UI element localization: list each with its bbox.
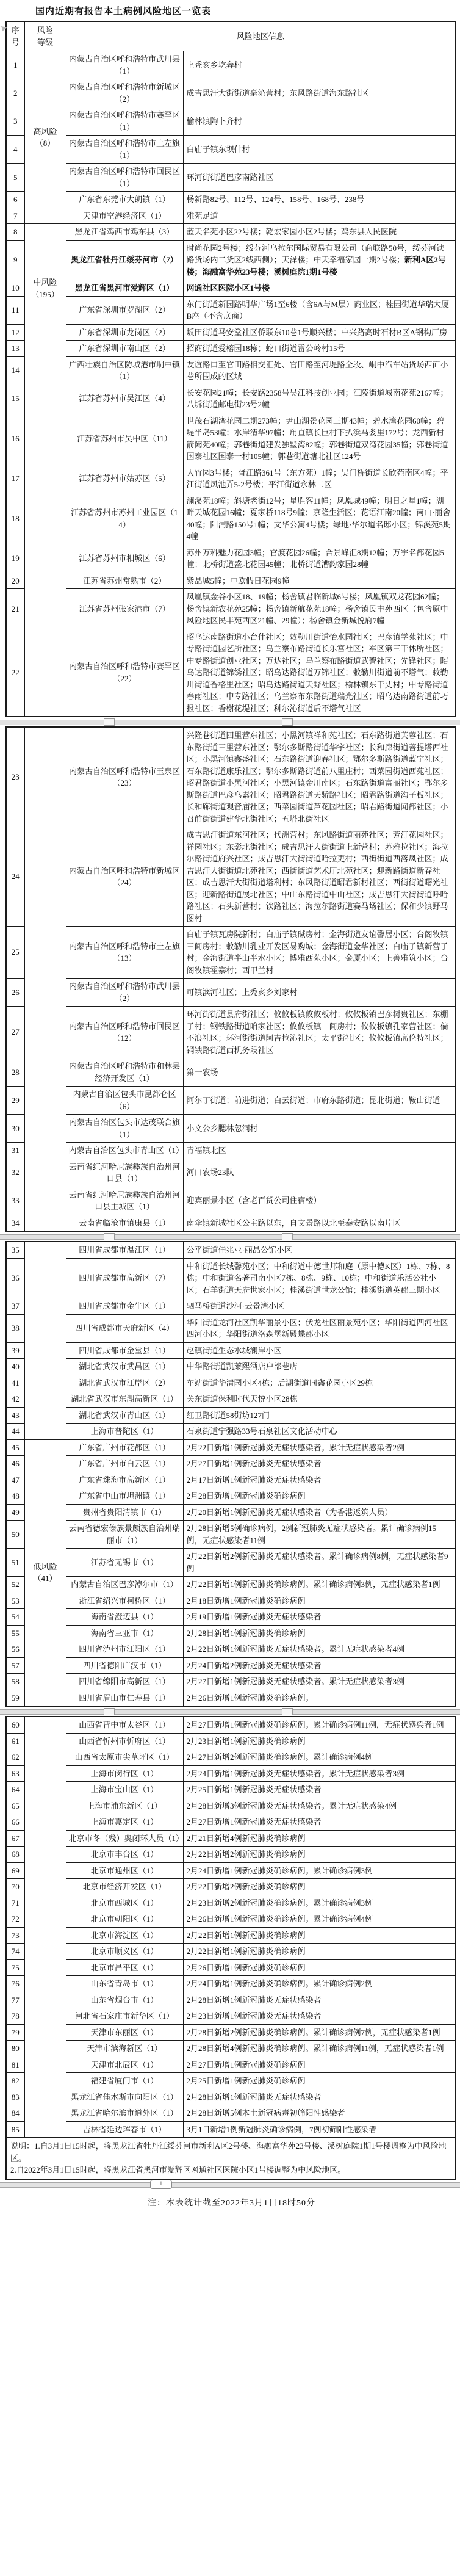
region-cell: 内蒙古自治区呼和浩特市土左旗（1） bbox=[66, 136, 183, 164]
table-row: 37四川省成都市金牛区（1）驷马桥街道沙河·云景湾小区 bbox=[6, 1298, 455, 1315]
row-number-cell: 85 bbox=[6, 2121, 24, 2138]
row-number-cell: 10 bbox=[6, 280, 24, 297]
table-row: 14广西壮族自治区防城港市峒中镇（1）友谊路口至官田路相交汇处、官田路至河堤路全… bbox=[6, 356, 455, 385]
table-row: 48广东省中山市坦洲镇（1）2月28日新增1例新冠肺炎确诊病例 bbox=[6, 1488, 455, 1505]
row-number-cell: 48 bbox=[6, 1488, 24, 1505]
region-cell: 黑龙江省黑河市爱辉区（1） bbox=[66, 280, 183, 297]
region-cell: 广东省珠海市高新区（1） bbox=[66, 1472, 183, 1488]
info-cell: 友谊路口至官田路相交汇处、官田路至河堤路全段、峒中汽车站货场西面小巷所围成的区域 bbox=[183, 356, 455, 385]
info-cell: 石泉街道宁强路33号石泉社区文化活动中心 bbox=[183, 1424, 455, 1440]
region-cell: 河北省石家庄市新华区（1） bbox=[66, 2008, 183, 2025]
table-row: 55海南省三亚市（1）2月28日新增1例新冠肺炎确诊病例 bbox=[6, 1625, 455, 1641]
region-cell: 内蒙古自治区呼和浩特市新城区（2） bbox=[66, 79, 183, 107]
table-row: 39四川省成都市金堂县（1）赵镇街道生态水城澜岸小区 bbox=[6, 1342, 455, 1359]
info-cell: 环河街街道县府街社区；攸攸板镇攸攸板村；攸攸板镇巴彦树贵社区；东棚子村；钢铁路街… bbox=[183, 1007, 455, 1058]
risk-table-segment: 23内蒙古自治区呼和浩特市玉泉区（23）兴隆巷街道四里营东社区；小黑河镇祥和苑社… bbox=[5, 726, 456, 1232]
info-cell: 2月19日新增1例新冠肺炎无症状感染者 bbox=[183, 1609, 455, 1626]
region-cell: 天津市东丽区（1） bbox=[66, 2024, 183, 2041]
row-number-cell: 49 bbox=[6, 1504, 24, 1521]
expand-button[interactable]: + bbox=[150, 2180, 172, 2189]
region-cell: 北京市冬（残）奥闭环人员（1） bbox=[66, 1830, 183, 1847]
region-cell: 内蒙古自治区包头市青山区（1） bbox=[66, 1143, 183, 1159]
table-row: 59四川省眉山市仁寿县（1）2月26日新增1例新冠肺炎确诊病例。 bbox=[6, 1690, 455, 1706]
region-cell: 内蒙古自治区呼和浩特市武川县（2） bbox=[66, 979, 183, 1007]
row-number-cell: 34 bbox=[6, 1215, 24, 1231]
info-cell: 红卫路街道58街坊127门 bbox=[183, 1407, 455, 1424]
screenshot-stitch-band: + bbox=[0, 2180, 460, 2189]
info-cell: 2月22日新增2例新冠肺炎无症状感染者。累计确诊病例8例，无症状感染者9例 bbox=[183, 1549, 455, 1577]
info-cell: 2月26日新增1例新冠肺炎确诊病例 bbox=[183, 1959, 455, 1976]
risk-level-cell bbox=[24, 727, 66, 1231]
info-cell: 白庙子镇东坝什村 bbox=[183, 136, 455, 164]
row-number-cell: 58 bbox=[6, 1674, 24, 1690]
region-cell: 黑龙江省鸡西市鸡东县（3） bbox=[66, 224, 183, 241]
row-number-cell: 47 bbox=[6, 1472, 24, 1488]
screenshot-stitch-band bbox=[0, 1232, 460, 1241]
table-row: 24内蒙古自治区呼和浩特市新城区（24）成吉思汗街道东河社区；代洲营村；东风路街… bbox=[6, 827, 455, 927]
row-number-cell: 45 bbox=[6, 1439, 24, 1456]
table-row: 68北京市丰台区（1）2月22日新增2例新冠肺炎确诊病例 bbox=[6, 1847, 455, 1863]
region-cell: 四川省成都市温江区（1） bbox=[66, 1242, 183, 1258]
stitch-notch bbox=[282, 718, 293, 726]
region-cell: 四川省绵阳市高新区（1） bbox=[66, 1674, 183, 1690]
info-cell: 苏州万科魅力花园3幢；官渡花园26幢；合景峰汇8期12幢；万宇名都花园5幢；北桥… bbox=[183, 545, 455, 573]
region-cell: 江苏省苏州市姑苏区（5） bbox=[66, 465, 183, 493]
table-row: 49贵州省贵阳清镇市（1）2月20日新增1例新冠肺炎无症状感染者（为香港返筑人员… bbox=[6, 1504, 455, 1521]
row-number-cell: 6 bbox=[6, 192, 24, 208]
region-cell: 湖北省武汉市武昌区（1） bbox=[66, 1359, 183, 1375]
row-number-cell: 25 bbox=[6, 927, 24, 979]
region-cell: 四川省成都市高新区（7） bbox=[66, 1258, 183, 1298]
table-row: 50云南省德宏傣族景颇族自治州瑞丽市（1）2月28日新增5例确诊病例，2例新冠肺… bbox=[6, 1521, 455, 1549]
region-cell: 贵州省贵阳清镇市（1） bbox=[66, 1504, 183, 1521]
info-cell: 澜溪苑18幢；斜塘老街12号；星胜客11幢；凤凰城49幢；明日之星1幢；湖畔天城… bbox=[183, 493, 455, 545]
column-header-no: 序号 bbox=[6, 21, 24, 51]
row-number-cell: 57 bbox=[6, 1657, 24, 1674]
info-cell: 赵镇街道生态水城澜岸小区 bbox=[183, 1342, 455, 1359]
info-cell: 华阳街道龙河社区凯华丽景小区；伏龙社区丽景苑小区；华阳街道四河社区四河小区；华阳… bbox=[183, 1314, 455, 1342]
row-number-cell: 36 bbox=[6, 1258, 24, 1298]
region-cell: 海南省三亚市（1） bbox=[66, 1625, 183, 1641]
row-number-cell: 15 bbox=[6, 385, 24, 413]
table-row: 58四川省绵阳市高新区（1）2月27日新增1例新冠肺炎无症状感染者。累计无症状感… bbox=[6, 1674, 455, 1690]
table-row: 47广东省珠海市高新区（1）2月17日新增1例新冠肺炎无症状感染者 bbox=[6, 1472, 455, 1488]
table-row: 56四川省泸州市江阳区（1）2月22日新增1例新冠肺炎无症状感染者。累计无症状感… bbox=[6, 1641, 455, 1658]
region-cell: 吉林省延边珲春市（1） bbox=[66, 2121, 183, 2138]
region-cell: 内蒙古自治区呼和浩特市赛罕区（22） bbox=[66, 629, 183, 717]
row-number-cell: 5 bbox=[6, 164, 24, 192]
region-cell: 浙江省绍兴市柯桥区（1） bbox=[66, 1593, 183, 1609]
table-row: 1高风险 （8）内蒙古自治区呼和浩特市武川县（1）上秃亥乡圪奔村 bbox=[6, 51, 455, 79]
info-cell: 兴隆巷街道四里营东社区；小黑河镇祥和苑社区；石东路街道芙蓉社区；石东路街道三里营… bbox=[183, 727, 455, 827]
row-number-cell: 68 bbox=[6, 1847, 24, 1863]
row-number-cell: 35 bbox=[6, 1242, 24, 1258]
stitch-notch bbox=[104, 718, 115, 726]
row-number-cell: 24 bbox=[6, 827, 24, 927]
row-number-cell: 13 bbox=[6, 341, 24, 357]
table-row: 61山西省忻州市忻府区（1）2月23日新增1例新冠肺炎确诊病例 bbox=[6, 1733, 455, 1749]
table-row: 63上海市闵行区（1）2月24日新增1例新冠肺炎无症状感染者。累计无症状感染者3… bbox=[6, 1765, 455, 1782]
region-cell: 福建省厦门市（1） bbox=[66, 2073, 183, 2089]
row-number-cell: 12 bbox=[6, 324, 24, 341]
row-number-cell: 28 bbox=[6, 1058, 24, 1087]
region-cell: 北京市西城区（1） bbox=[66, 1895, 183, 1911]
info-cell: 河口农场23队 bbox=[183, 1159, 455, 1187]
region-cell: 上海市嘉定区（1） bbox=[66, 1814, 183, 1831]
info-cell: 2月22日新增2例新冠肺炎确诊病例 bbox=[183, 1879, 455, 1895]
risk-table-segment: 序号风险 等级风险地区信息1高风险 （8）内蒙古自治区呼和浩特市武川县（1）上秃… bbox=[5, 21, 456, 717]
region-cell: 内蒙古自治区包头市昆都仑区（6） bbox=[66, 1087, 183, 1115]
info-cell: 2月27日新增1例新冠肺炎确诊病例。累计确诊病例11例，无症状感染者1例 bbox=[183, 1717, 455, 1733]
info-bold-segment: 新利A区2号楼；海融富华苑23号楼；溪树庭院1期1号楼 bbox=[187, 255, 446, 277]
row-number-cell: 44 bbox=[6, 1424, 24, 1440]
row-number-cell: 64 bbox=[6, 1782, 24, 1798]
row-number-cell: 20 bbox=[6, 573, 24, 589]
info-cell: 榆林镇陶卜齐村 bbox=[183, 107, 455, 136]
info-cell: 2月26日新增1例新冠肺炎确诊病例。 bbox=[183, 1690, 455, 1706]
table-row: 26内蒙古自治区呼和浩特市武川县（2）可镇滨河社区；上秃亥乡刘家村 bbox=[6, 979, 455, 1007]
table-row: 11广东省深圳市罗湖区（2）东门街道新园路明华广场1至6楼（含6A与M层）商业区… bbox=[6, 296, 455, 324]
region-cell: 江苏省苏州市苏州工业园区（14） bbox=[66, 493, 183, 545]
info-cell: 2月28日新增1例新冠肺炎确诊病例 bbox=[183, 1488, 455, 1505]
table-row: 8中风险 （195）黑龙江省鸡西市鸡东县（3）蓝天名苑小区22号楼；乾宏家园小区… bbox=[6, 224, 455, 241]
table-row: 54海南省澄迈县（1）2月19日新增1例新冠肺炎无症状感染者 bbox=[6, 1609, 455, 1626]
table-row: 64上海市宝山区（1）2月25日新增1例新冠肺炎无症状感染者 bbox=[6, 1782, 455, 1798]
region-cell: 四川省成都市天府新区（4） bbox=[66, 1314, 183, 1342]
row-number-cell: 63 bbox=[6, 1765, 24, 1782]
row-number-cell: 74 bbox=[6, 1944, 24, 1960]
info-cell: 阿尔丁街道；前进街道；白云街道；市府东路街道；昆北街道；鞍山街道 bbox=[183, 1087, 455, 1115]
row-number-cell: 22 bbox=[6, 629, 24, 717]
row-number-cell: 40 bbox=[6, 1359, 24, 1375]
row-number-cell: 60 bbox=[6, 1717, 24, 1733]
row-number-cell: 61 bbox=[6, 1733, 24, 1749]
info-cell: 中华路街道凯莱熙酒店户部巷店 bbox=[183, 1359, 455, 1375]
row-number-cell: 46 bbox=[6, 1456, 24, 1472]
table-row: 60山西省晋中市太谷区（1）2月27日新增1例新冠肺炎确诊病例。累计确诊病例11… bbox=[6, 1717, 455, 1733]
table-row: 81天津市北辰区（1）2月27日新增1例新冠肺炎确诊病例 bbox=[6, 2057, 455, 2073]
info-cell: 第一农场 bbox=[183, 1058, 455, 1087]
table-row: 46广东省广州市白云区（1）2月27日新增1例新冠肺炎无症状感染者 bbox=[6, 1456, 455, 1472]
row-number-cell: 30 bbox=[6, 1115, 24, 1143]
table-row: 33云南省红河哈尼族彝族自治州河口县主城区（1）迎宾丽景小区（含老百货公司住宿楼… bbox=[6, 1187, 455, 1215]
row-number-cell: 66 bbox=[6, 1814, 24, 1831]
table-row: 25内蒙古自治区呼和浩特市土左旗（13）白庙子镇瓦房院新村；白庙子镇碱房村；金海… bbox=[6, 927, 455, 979]
region-cell: 山东省青岛市（1） bbox=[66, 1976, 183, 1992]
table-row: 2内蒙古自治区呼和浩特市新城区（2）成吉思汗大街街道毫沁营村；东风路街道海东路社… bbox=[6, 79, 455, 107]
row-number-cell: 43 bbox=[6, 1407, 24, 1424]
table-row: 36四川省成都市高新区（7）中和街道长城馨苑小区；中和街道中德世邦和庭（原中德K… bbox=[6, 1258, 455, 1298]
row-number-cell: 73 bbox=[6, 1927, 24, 1944]
info-cell: 2月27日新增2例新冠肺炎确诊病例。累计确诊病例4例 bbox=[183, 1749, 455, 1766]
risk-level-cell: 中风险 （195） bbox=[24, 224, 66, 717]
info-cell: 成吉思汗街道东河社区；代洲营村；东风路街道丽苑社区；芳汀花园社区；祥园社区；东影… bbox=[183, 827, 455, 927]
region-cell: 江苏省苏州常熟市（2） bbox=[66, 573, 183, 589]
table-row: 45低风险 （41）广东省广州市花都区（1）2月22日新增1例新冠肺炎无症状感染… bbox=[6, 1439, 455, 1456]
table-row: 32云南省红河哈尼族彝族自治州河口县（1）河口农场23队 bbox=[6, 1159, 455, 1187]
row-number-cell: 33 bbox=[6, 1187, 24, 1215]
region-cell: 北京市经济开发区（1） bbox=[66, 1879, 183, 1895]
info-cell: 2月27日新增1例新冠肺炎无症状感染者 bbox=[183, 1456, 455, 1472]
row-number-cell: 2 bbox=[6, 79, 24, 107]
table-row: 35四川省成都市温江区（1）公平街道佳兆业·丽晶公馆小区 bbox=[6, 1242, 455, 1258]
region-cell: 内蒙古自治区呼和浩特市新城区（24） bbox=[66, 827, 183, 927]
region-cell: 湖北省武汉市青山区（1） bbox=[66, 1407, 183, 1424]
row-number-cell: 23 bbox=[6, 727, 24, 827]
region-cell: 北京市通州区（1） bbox=[66, 1862, 183, 1879]
notes-cell: 说明：1.自3月1日15时起，将黑龙江省牡丹江绥芬河市新利A区2号楼、海融富华苑… bbox=[6, 2138, 455, 2179]
info-cell: 2月20日新增1例新冠肺炎无症状感染者（为香港返筑人员） bbox=[183, 1504, 455, 1521]
row-number-cell: 16 bbox=[6, 413, 24, 465]
screenshot-stitch-band bbox=[0, 717, 460, 726]
table-row: 16江苏省苏州市吴中区（11）世茂石湖湾花园二期273幢；尹山湖景花园三期43幢… bbox=[6, 413, 455, 465]
info-cell: 时尚花园2号楼；绥芬河乌拉尔国际贸易有限公司（商联路50号，绥芬河铁路货场内二货… bbox=[183, 240, 455, 280]
info-cell: 关东街道保利时代天悦小区28栋 bbox=[183, 1391, 455, 1408]
info-cell: 南伞镇新城社区公主路以东，自文景路以北至泰安路以南片区 bbox=[183, 1215, 455, 1231]
info-cell: 网通社区医院小区1号楼 bbox=[183, 280, 455, 297]
table-row: 10黑龙江省黑河市爱辉区（1）网通社区医院小区1号楼 bbox=[6, 280, 455, 297]
info-cell: 招商街道爱榕园18栋；蛇口街道雷公岭村15号 bbox=[183, 341, 455, 357]
region-cell: 广东省中山市坦洲镇（1） bbox=[66, 1488, 183, 1505]
stitch-notch bbox=[282, 1233, 293, 1240]
info-cell: 中和街道长城馨苑小区；中和街道中德世邦和庭（原中德K区）1栋、7栋、8栋；中和街… bbox=[183, 1258, 455, 1298]
info-cell: 2月22日新增1例新冠肺炎确诊病例 bbox=[183, 1927, 455, 1944]
info-cell: 2月28日新增2例新冠肺炎确诊病例。累计确诊病例7例，无症状感染者1例 bbox=[183, 2024, 455, 2041]
row-number-cell: 77 bbox=[6, 1992, 24, 2008]
row-number-cell: 83 bbox=[6, 2089, 24, 2105]
info-cell: 2月28日新增5例确诊病例，2例新冠肺炎无症状感染者。累计确诊病例15例，无症状… bbox=[183, 1521, 455, 1549]
row-number-cell: 9 bbox=[6, 240, 24, 280]
note-line: 说明：1.自3月1日15时起，将黑龙江省牡丹江绥芬河市新利A区2号楼、海融富华苑… bbox=[10, 2140, 451, 2164]
risk-level-cell bbox=[24, 1717, 66, 2138]
row-number-cell: 79 bbox=[6, 2024, 24, 2041]
table-row: 6广东省东莞市大朗镇（1）杨新路82号、112号、124号、158号、168号、… bbox=[6, 192, 455, 208]
row-number-cell: 52 bbox=[6, 1577, 24, 1593]
region-cell: 北京市昌平区（1） bbox=[66, 1959, 183, 1976]
info-cell: 2月22日新增2例新冠肺炎确诊病例 bbox=[183, 1847, 455, 1863]
region-cell: 天津市空港经济区（1） bbox=[66, 208, 183, 224]
region-cell: 广东省东莞市大朗镇（1） bbox=[66, 192, 183, 208]
info-cell: 杨新路82号、112号、124号、158号、168号、238号 bbox=[183, 192, 455, 208]
info-cell: 2月22日新增1例新冠肺炎无症状感染者。累计无症状感染者4例 bbox=[183, 1641, 455, 1658]
region-cell: 黑龙江省牡丹江绥芬河市（7） bbox=[66, 240, 183, 280]
table-row: 31内蒙古自治区包头市青山区（1）青福镇北区 bbox=[6, 1143, 455, 1159]
region-cell: 四川省成都市金牛区（1） bbox=[66, 1298, 183, 1315]
table-row: 38四川省成都市天府新区（4）华阳街道龙河社区凯华丽景小区；伏龙社区丽景苑小区；… bbox=[6, 1314, 455, 1342]
region-cell: 四川省泸州市江阳区（1） bbox=[66, 1641, 183, 1658]
row-number-cell: 4 bbox=[6, 136, 24, 164]
region-cell: 内蒙古自治区呼和浩特市赛罕区（1） bbox=[66, 107, 183, 136]
row-number-cell: 67 bbox=[6, 1830, 24, 1847]
table-row: 78河北省石家庄市新华区（1）2月23日新增1例新冠肺炎无症状感染者 bbox=[6, 2008, 455, 2025]
row-number-cell: 53 bbox=[6, 1593, 24, 1609]
info-cell: 成吉思汗大街街道毫沁营村；东风路街道海东路社区 bbox=[183, 79, 455, 107]
row-number-cell: 8 bbox=[6, 224, 24, 241]
info-cell: 3月1日新增1例新冠肺炎确诊病例，7例初筛阳性感染者 bbox=[183, 2121, 455, 2138]
table-row: 20江苏省苏州常熟市（2）紫晶城5幢；中欧假日花园9幢 bbox=[6, 573, 455, 589]
risk-level-cell bbox=[24, 1242, 66, 1439]
info-cell: 雅苑足道 bbox=[183, 208, 455, 224]
table-row: 69北京市通州区（1）2月24日新增1例新冠肺炎确诊病例。累计确诊病例3例 bbox=[6, 1862, 455, 1879]
row-number-cell: 51 bbox=[6, 1549, 24, 1577]
row-number-cell: 56 bbox=[6, 1641, 24, 1658]
region-cell: 上海市闵行区（1） bbox=[66, 1765, 183, 1782]
region-cell: 上海市普陀区（1） bbox=[66, 1424, 183, 1440]
table-row: 44上海市普陀区（1）石泉街道宁强路33号石泉社区文化活动中心 bbox=[6, 1424, 455, 1440]
screenshot-stitch-band bbox=[0, 1707, 460, 1716]
row-number-cell: 21 bbox=[6, 589, 24, 629]
stitch-band-strip bbox=[0, 1234, 460, 1240]
table-row: 19江苏省苏州市相城区（6）苏州万科魅力花园3幢；官渡花园26幢；合景峰汇8期1… bbox=[6, 545, 455, 573]
info-cell: 2月24日新增1例新冠肺炎确诊病例。累计确诊病例2例 bbox=[183, 1976, 455, 1992]
table-row: 82福建省厦门市（1）2月25日新增1例新冠肺炎确诊病例 bbox=[6, 2073, 455, 2089]
row-number-cell: 78 bbox=[6, 2008, 24, 2025]
column-header-level: 风险 等级 bbox=[24, 21, 66, 51]
table-row: 18江苏省苏州市苏州工业园区（14）澜溪苑18幢；斜塘老街12号；星胜客11幢；… bbox=[6, 493, 455, 545]
region-cell: 内蒙古自治区巴彦淖尔市（1） bbox=[66, 1577, 183, 1593]
table-row: 52内蒙古自治区巴彦淖尔市（1）2月22日新增1例新冠肺炎确诊病例。累计确诊病例… bbox=[6, 1577, 455, 1593]
info-cell: 车站街道华清园小区4栋；后湖街道同鑫花园小区29栋 bbox=[183, 1375, 455, 1391]
row-number-cell: 70 bbox=[6, 1879, 24, 1895]
info-cell: 2月26日新增1例新冠肺炎确诊病例。累计确诊病例4例 bbox=[183, 1911, 455, 1928]
table-row: 85吉林省延边珲春市（1）3月1日新增1例新冠肺炎确诊病例，7例初筛阳性感染者 bbox=[6, 2121, 455, 2138]
table-row: 76山东省青岛市（1）2月24日新增1例新冠肺炎确诊病例。累计确诊病例2例 bbox=[6, 1976, 455, 1992]
info-cell: 2月25日新增1例新冠肺炎确诊病例 bbox=[183, 2073, 455, 2089]
region-cell: 广西壮族自治区防城港市峒中镇（1） bbox=[66, 356, 183, 385]
info-cell: 迎宾丽景小区（含老百货公司住宿楼） bbox=[183, 1187, 455, 1215]
region-cell: 山西省忻州市忻府区（1） bbox=[66, 1733, 183, 1749]
risk-level-cell: 低风险 （41） bbox=[24, 1439, 66, 1706]
table-row: 72北京市朝阳区（1）2月26日新增1例新冠肺炎确诊病例。累计确诊病例4例 bbox=[6, 1911, 455, 1928]
table-row: 23内蒙古自治区呼和浩特市玉泉区（23）兴隆巷街道四里营东社区；小黑河镇祥和苑社… bbox=[6, 727, 455, 827]
region-cell: 内蒙古自治区包头市达茂联合旗（1） bbox=[66, 1115, 183, 1143]
row-number-cell: 62 bbox=[6, 1749, 24, 1766]
row-number-cell: 80 bbox=[6, 2041, 24, 2057]
table-row: 34云南省临沧市镇康县（1）南伞镇新城社区公主路以东，自文景路以北至泰安路以南片… bbox=[6, 1215, 455, 1231]
info-cell: 昭乌达南路街道小台什社区；敕勒川街道怡水园社区；巴彦镇学苑社区；中专路街道园艺所… bbox=[183, 629, 455, 717]
info-cell: 小文公乡腮林忽洞村 bbox=[183, 1115, 455, 1143]
info-cell: 坂田街道马安堂社区侨联东10巷1号顺兴楼；中兴路高时石材B区A钢构厂房 bbox=[183, 324, 455, 341]
region-cell: 山西省太原市尖草坪区（1） bbox=[66, 1749, 183, 1766]
stitch-notch bbox=[282, 1708, 293, 1715]
region-cell: 江苏省苏州张家港市（7） bbox=[66, 589, 183, 629]
table-header-row: 序号风险 等级风险地区信息 bbox=[6, 21, 455, 51]
region-cell: 湖北省武汉市东湖高新区（1） bbox=[66, 1391, 183, 1408]
row-number-cell: 7 bbox=[6, 208, 24, 224]
info-cell: 2月27日新增1例新冠肺炎无症状感染者。累计无症状感染者3例 bbox=[183, 1674, 455, 1690]
table-row: 27内蒙古自治区呼和浩特市回民区（12）环河街街道县府街社区；攸攸板镇攸攸板村；… bbox=[6, 1007, 455, 1058]
table-row: 83黑龙江省佳木斯市向阳区（1）2月28日新增1例新冠肺炎无症状感染者 bbox=[6, 2089, 455, 2105]
note-line: 2.自2022年3月1日15时起，将黑龙江省黑河市爱辉区网通社区医院小区1号楼调… bbox=[10, 2164, 451, 2176]
info-cell: 凤凰镇金谷小区18、19幢；杨舍镇君临新城6号楼；凤凰镇双龙花园62幢；杨舍镇新… bbox=[183, 589, 455, 629]
table-row: 40湖北省武汉市武昌区（1）中华路街道凯莱熙酒店户部巷店 bbox=[6, 1359, 455, 1375]
region-cell: 广东省深圳市南山区（2） bbox=[66, 341, 183, 357]
stitch-notch bbox=[104, 1233, 115, 1240]
info-cell: 2月18日新增1例新冠肺炎确诊病例 bbox=[183, 1593, 455, 1609]
row-number-cell: 59 bbox=[6, 1690, 24, 1706]
region-cell: 山东省烟台市（1） bbox=[66, 1992, 183, 2008]
region-cell: 广东省深圳市罗湖区（2） bbox=[66, 296, 183, 324]
info-cell: 2月27日新增1例新冠肺炎无症状感染者 bbox=[183, 1814, 455, 1831]
region-cell: 内蒙古自治区呼和浩特市和林县经济开发区（1） bbox=[66, 1058, 183, 1087]
info-cell: 世茂石湖湾花园二期273幢；尹山湖景花园三期43幢；碧水湾花园60幢；碧堤半岛5… bbox=[183, 413, 455, 465]
row-number-cell: 54 bbox=[6, 1609, 24, 1626]
risk-table-segment: 35四川省成都市温江区（1）公平街道佳兆业·丽晶公馆小区36四川省成都市高新区（… bbox=[5, 1241, 456, 1707]
stitch-band-strip bbox=[0, 2182, 460, 2188]
table-row: 43湖北省武汉市青山区（1）红卫路街道58街坊127门 bbox=[6, 1407, 455, 1424]
table-row: 67北京市冬（残）奥闭环人员（1）2月21日新增4例新冠肺炎确诊病例 bbox=[6, 1830, 455, 1847]
row-number-cell: 75 bbox=[6, 1959, 24, 1976]
info-cell: 驷马桥街道沙河·云景湾小区 bbox=[183, 1298, 455, 1315]
row-number-cell: 69 bbox=[6, 1862, 24, 1879]
row-number-cell: 14 bbox=[6, 356, 24, 385]
row-number-cell: 38 bbox=[6, 1314, 24, 1342]
page-title: 国内近期有报告本土病例风险地区一览表 bbox=[35, 4, 460, 17]
info-cell: 2月23日新增1例新冠肺炎确诊病例 bbox=[183, 1733, 455, 1749]
info-cell: 青福镇北区 bbox=[183, 1143, 455, 1159]
info-cell: 2月17日新增1例新冠肺炎无症状感染者 bbox=[183, 1472, 455, 1488]
region-cell: 北京市顺义区（1） bbox=[66, 1944, 183, 1960]
table-row: 42湖北省武汉市东湖高新区（1）关东街道保利时代天悦小区28栋 bbox=[6, 1391, 455, 1408]
risk-table-segment: 60山西省晋中市太谷区（1）2月27日新增1例新冠肺炎确诊病例。累计确诊病例11… bbox=[5, 1716, 456, 2180]
table-row: 4内蒙古自治区呼和浩特市土左旗（1）白庙子镇东坝什村 bbox=[6, 136, 455, 164]
row-number-cell: 37 bbox=[6, 1298, 24, 1315]
table-row: 62山西省太原市尖草坪区（1）2月27日新增2例新冠肺炎确诊病例。累计确诊病例4… bbox=[6, 1749, 455, 1766]
region-cell: 内蒙古自治区呼和浩特市土左旗（13） bbox=[66, 927, 183, 979]
table-row: 71北京市西城区（1）2月23日新增2例新冠肺炎确诊病例。累计确诊病例3例 bbox=[6, 1895, 455, 1911]
row-number-cell: 17 bbox=[6, 465, 24, 493]
info-cell: 2月24日新增1例新冠肺炎无症状感染者。累计无症状感染者3例 bbox=[183, 1765, 455, 1782]
row-number-cell: 3 bbox=[6, 107, 24, 136]
column-header-info: 风险地区信息 bbox=[66, 21, 455, 51]
info-cell: 2月22日新增1例新冠肺炎确诊病例。累计确诊病例3例，无症状感染者1例 bbox=[183, 1577, 455, 1593]
region-cell: 江苏省苏州市相城区（6） bbox=[66, 545, 183, 573]
footer-note: 注：本表统计截至2022年3月1日18时50分 bbox=[148, 2196, 460, 2209]
info-cell: 大竹园3号楼；胥江路361号（东方苑）1幢；吴门桥街道长欣苑南区4幢；平江街道凤… bbox=[183, 465, 455, 493]
info-cell: 2月24日新增1例新冠肺炎确诊病例。累计确诊病例3例 bbox=[183, 1862, 455, 1879]
info-cell: 环河街街道巴彦南路社区 bbox=[183, 164, 455, 192]
row-number-cell: 19 bbox=[6, 545, 24, 573]
region-cell: 四川省成都市金堂县（1） bbox=[66, 1342, 183, 1359]
table-row: 41湖北省武汉市江岸区（2）车站街道华清园小区4栋；后湖街道同鑫花园小区29栋 bbox=[6, 1375, 455, 1391]
table-row: 57四川省德阳广汉市（1）2月24日新增2例新冠肺炎无症状感染者 bbox=[6, 1657, 455, 1674]
table-row: 66上海市嘉定区（1）2月27日新增1例新冠肺炎无症状感染者 bbox=[6, 1814, 455, 1831]
region-cell: 黑龙江省哈尔滨市道外区（1） bbox=[66, 2105, 183, 2122]
table-row: 65上海市浦东新区（1）2月28日新增3例新冠肺炎无症状感染者。累计无症状感染4… bbox=[6, 1798, 455, 1814]
region-cell: 山西省晋中市太谷区（1） bbox=[66, 1717, 183, 1733]
info-cell: 2月25日新增1例新冠肺炎无症状感染者 bbox=[183, 1782, 455, 1798]
region-cell: 内蒙古自治区呼和浩特市武川县（1） bbox=[66, 51, 183, 79]
region-cell: 四川省德阳广汉市（1） bbox=[66, 1657, 183, 1674]
info-cell: 2月24日新增2例新冠肺炎无症状感染者 bbox=[183, 1657, 455, 1674]
table-row: 5内蒙古自治区呼和浩特市回民区（1）环河街街道巴彦南路社区 bbox=[6, 164, 455, 192]
info-cell: 公平街道佳兆业·丽晶公馆小区 bbox=[183, 1242, 455, 1258]
table-row: 51江苏省无锡市（1）2月22日新增2例新冠肺炎无症状感染者。累计确诊病例8例，… bbox=[6, 1549, 455, 1577]
info-cell: 2月28日新增1例新冠肺炎无症状感染者 bbox=[183, 1992, 455, 2008]
info-cell: 2月28日新增1例新冠肺炎确诊病例 bbox=[183, 1625, 455, 1641]
row-number-cell: 82 bbox=[6, 2073, 24, 2089]
table-row: 70北京市经济开发区（1）2月22日新增2例新冠肺炎确诊病例 bbox=[6, 1879, 455, 1895]
info-cell: 2月23日新增2例新冠肺炎确诊病例。累计确诊病例3例 bbox=[183, 1895, 455, 1911]
info-cell: 上秃亥乡圪奔村 bbox=[183, 51, 455, 79]
info-cell: 2月27日新增1例新冠肺炎确诊病例 bbox=[183, 2057, 455, 2073]
info-cell: 可镇滨河社区；上秃亥乡刘家村 bbox=[183, 979, 455, 1007]
table-row: 3内蒙古自治区呼和浩特市赛罕区（1）榆林镇陶卜齐村 bbox=[6, 107, 455, 136]
region-cell: 北京市朝阳区（1） bbox=[66, 1911, 183, 1928]
info-cell: 东门街道新园路明华广场1至6楼（含6A与M层）商业区；桂园街道华瑞大厦B座（不含… bbox=[183, 296, 455, 324]
row-number-cell: 39 bbox=[6, 1342, 24, 1359]
region-cell: 内蒙古自治区呼和浩特市玉泉区（23） bbox=[66, 727, 183, 827]
